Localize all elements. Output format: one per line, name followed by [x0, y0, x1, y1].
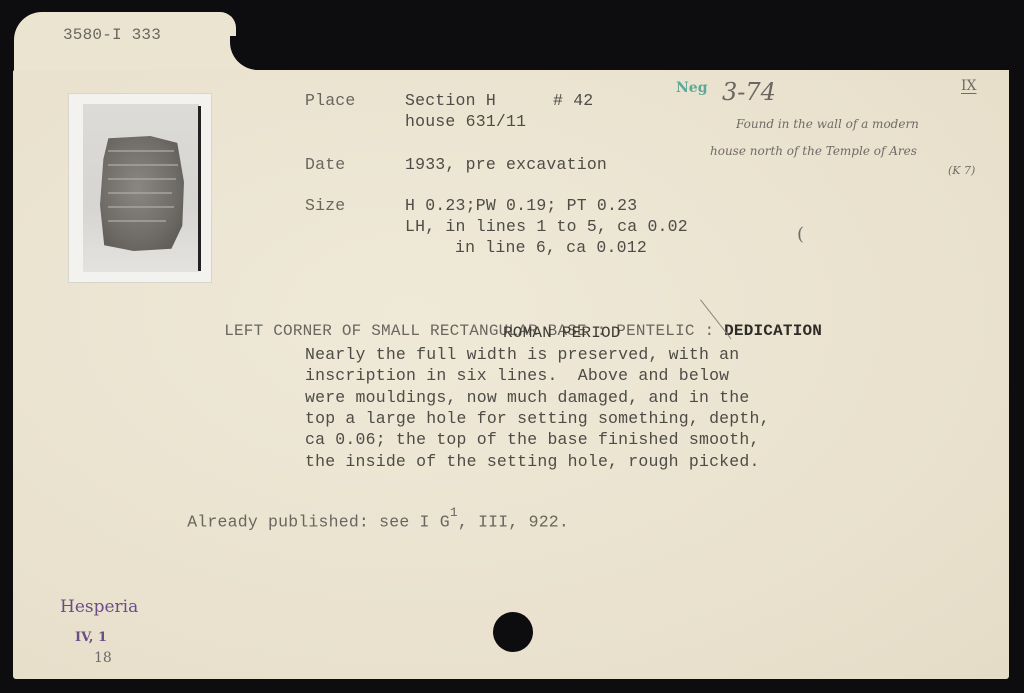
- neg-stamp: Neg: [676, 80, 708, 96]
- place-house: house 631/11: [405, 112, 526, 131]
- hesperia-volume: IV, 1: [75, 630, 107, 645]
- tab-edge: [220, 38, 280, 74]
- size-line-2: LH, in lines 1 to 5, ca 0.02: [405, 217, 688, 236]
- description-line: inscription in six lines. Above and belo…: [305, 366, 729, 385]
- handwritten-note-2: house north of the Temple of Ares: [710, 144, 917, 158]
- place-label: Place: [305, 91, 356, 110]
- hesperia-stamp: Hesperia: [60, 597, 138, 617]
- neg-number: 3-74: [722, 78, 776, 106]
- description-line: the inside of the setting hole, rough pi…: [305, 452, 760, 471]
- size-line-3: in line 6, ca 0.012: [455, 238, 647, 257]
- description-line: ca 0.06; the top of the base finished sm…: [305, 430, 760, 449]
- description-line: were mouldings, now much damaged, and in…: [305, 388, 749, 407]
- hesperia-page: 18: [94, 650, 112, 666]
- published-superscript: 1: [450, 505, 458, 520]
- date-value: 1933, pre excavation: [405, 155, 607, 174]
- inscribed-stone: [100, 136, 184, 251]
- handwritten-note-1: Found in the wall of a modern: [736, 117, 919, 131]
- place-section: Section H: [405, 91, 496, 110]
- object-photo: [68, 93, 212, 283]
- size-label: Size: [305, 196, 345, 215]
- published-reference: Already published: see I G1, III, 922.: [168, 491, 569, 531]
- heading-category: DEDICATION: [724, 322, 822, 340]
- date-label: Date: [305, 155, 345, 174]
- size-line-1: H 0.23;PW 0.19; PT 0.23: [405, 196, 637, 215]
- published-prefix: Already published: see I G: [187, 512, 450, 531]
- roman-numeral: IX: [961, 78, 977, 94]
- handwritten-note-3: (K 7): [948, 164, 975, 177]
- photo-image: [83, 104, 199, 272]
- description-line: top a large hole for setting something, …: [305, 409, 770, 428]
- published-suffix: , III, 922.: [458, 512, 569, 531]
- description-line: Nearly the full width is preserved, with…: [305, 345, 739, 364]
- pencil-mark: (: [797, 224, 804, 245]
- punch-hole: [493, 612, 533, 652]
- heading-period: ROMAN PERIOD: [503, 324, 621, 342]
- place-number: # 42: [553, 91, 593, 110]
- catalog-number: 3580-I 333: [63, 26, 161, 44]
- heading-description: LEFT CORNER OF SMALL RECTANGULAR BASE : …: [224, 322, 724, 340]
